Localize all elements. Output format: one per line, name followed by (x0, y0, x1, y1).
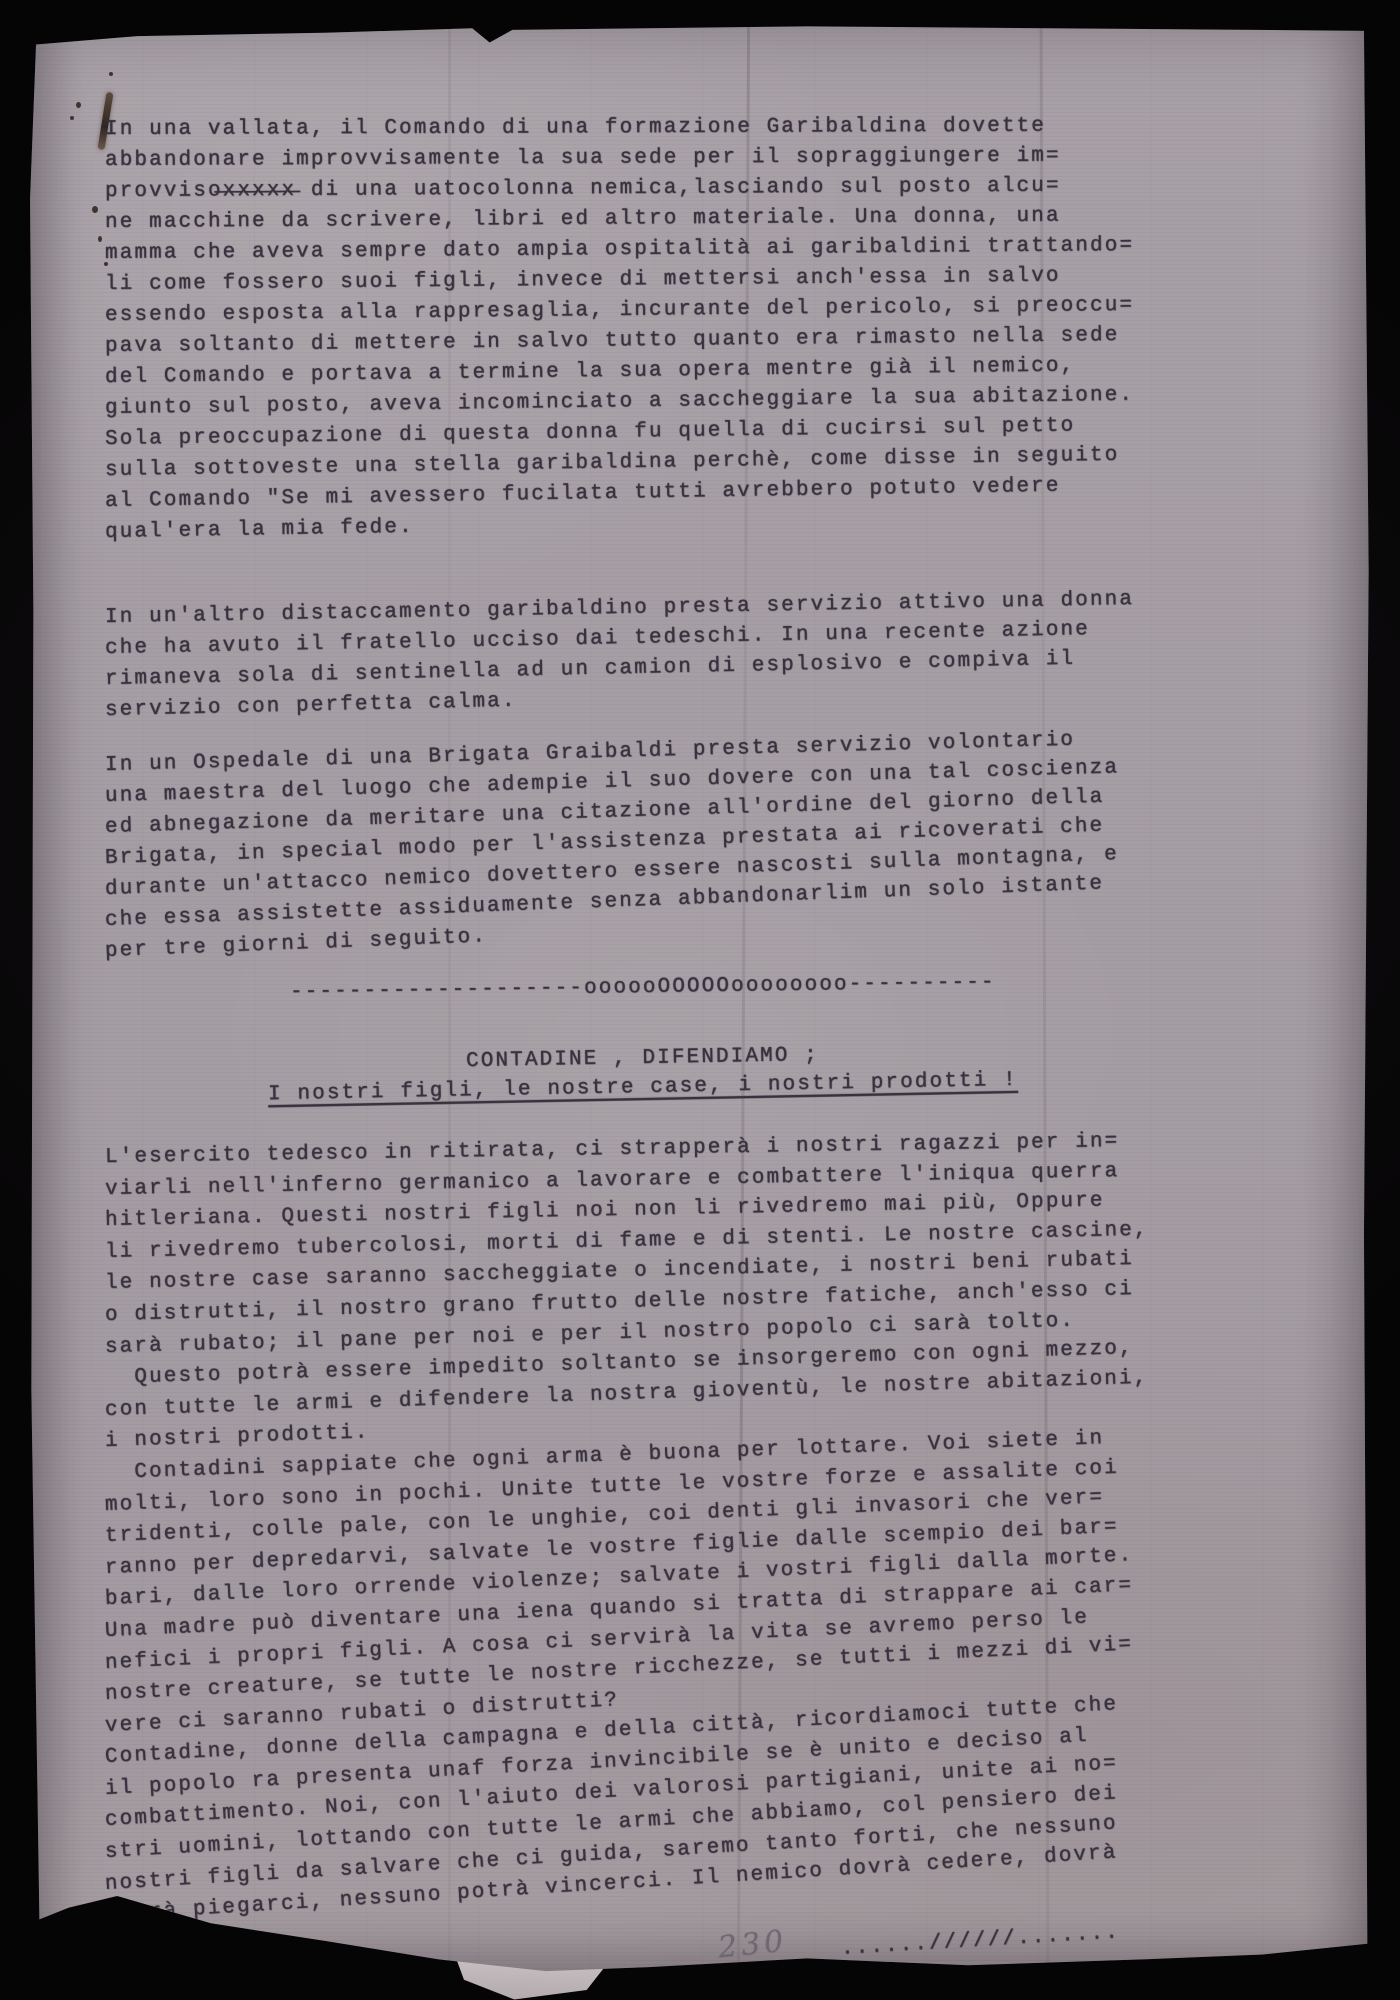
scan-background: In una vallata, il Comando di una formaz… (0, 0, 1400, 2000)
ink-speck (70, 116, 74, 120)
section-divider: --------------------oooooOOOOOoooooooo--… (105, 976, 1180, 999)
ink-speck (109, 72, 113, 76)
paragraph-ospedale: In un Ospedale di una Brigata Graibaldi … (105, 750, 1180, 967)
ink-speck (92, 206, 98, 213)
divider-text: --------------------oooooOOOOOoooooooo--… (290, 971, 996, 1004)
ink-speck (98, 236, 102, 242)
paragraph-appeal: L'esercito tedesco in ritirata, ci strap… (105, 1142, 1180, 1932)
ink-speck (76, 102, 81, 108)
typed-line: In una vallata, il Comando di una formaz… (105, 110, 1180, 145)
document-page: In una vallata, il Comando di una formaz… (30, 24, 1370, 1976)
paragraph-vallata: In una vallata, il Comando di una formaz… (105, 114, 1180, 548)
paragraph-distaccamento: In un'altro distaccamento garibaldino pr… (105, 602, 1180, 726)
appeal-heading: CONTADINE , DIFENDIAMO ; I nostri figli,… (105, 1042, 1180, 1099)
